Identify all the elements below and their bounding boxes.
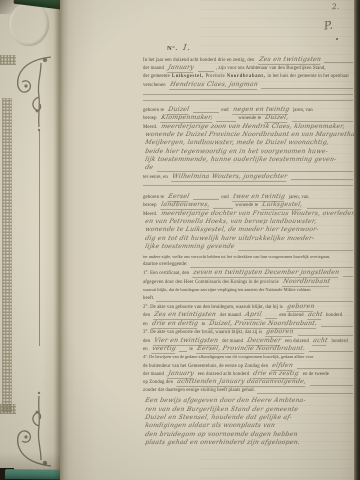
document-line: plaats gehad en onverhinderd zijn afgelo… [142,439,354,447]
handwriting-segment: meerderjarige dochter van Franciscus Wou… [160,210,354,218]
document-line: ter andere zijde, welke ons verzocht heb… [142,253,354,261]
handwriting-segment: den bruidegom op voornoemde dagen hebben [144,431,298,439]
printed-segment: daartoe overleggende: [142,261,189,269]
handwriting-segment: drie en dertig [151,320,199,329]
printed-segment: 4°. De bewijzen van de gedane afkondigin… [142,353,315,361]
printed-segment: oud [220,194,230,202]
floral-corner-ornament-icon [11,53,53,135]
document-text-column: N°.1.In het jaar een duizend acht honder… [142,43,354,448]
document-line: de [142,164,354,172]
border-inner-line [39,130,40,346]
rule-line [310,385,353,386]
document-line: beroeplandbouweres,wonende teLuiksgestel… [142,201,354,209]
rule-line [291,179,353,180]
printed-segment: der gemeente [142,73,171,81]
document-line: waaruit blijkt, dat de bruidegom aan zij… [142,286,354,294]
rule-line [143,185,353,186]
book-gutter-shadow [53,0,69,480]
document-line: der gemeenteLuiksgestel,ProvincieNoordbr… [142,73,354,81]
handwriting-segment: meerderjarige zoon van Hendrik Claes, kl… [160,123,346,131]
handwriting-segment: lijk toestemmende, hunne ouderlijke toes… [144,156,337,164]
document-line: 4°. De bewijzen van de gedane afkondigin… [142,353,354,361]
document-line: geboren teDuizeloudnegen en twintigjaren… [142,106,354,114]
document-line: lijk toestemmende, hunne ouderlijke toes… [142,156,354,164]
handwriting-segment: 1. [181,43,192,53]
left-page [0,0,60,474]
printed-segment: honderd [330,338,348,346]
document-line: der maandJanuary, zijn voor ons Ambtenaa… [142,64,354,72]
rule-line [324,62,353,63]
printed-segment: den [142,312,151,320]
document-line: beide hier tegenwoordig en in het voorge… [142,148,354,156]
handwriting-segment: acht [312,337,328,346]
printed-segment: honderd [325,312,343,320]
rule-line [216,121,236,122]
handwriting-segment: Meijbergen, landbouwster, mede te Duizel… [144,139,330,147]
handwriting-segment: Eersel, Provincie Noordbrabant. [196,345,306,354]
handwriting-segment: ren van den Burgerlijken Stand der gemee… [144,406,299,414]
document-line: Meerd.meerderjarige dochter van Francisc… [142,210,354,218]
printed-segment: in het huis der gemeente in het openbaar [266,73,350,81]
handwriting-segment: January [167,64,195,73]
document-line: den bruidegom op voornoemde dagen hebben [142,431,354,439]
page-number: 2. [332,2,340,11]
printed-segment: waaruit blijkt, dat de bruidegom aan zij… [142,286,312,294]
printed-segment: 1°. Een certificaat, den [142,270,190,278]
document-line: verschenenHendricus Claes, jongman [142,81,354,89]
document-line: kondigingen aldaar als woonplaats van [142,422,354,430]
document-line: afgegeven door den Heer Commissaris des … [142,278,354,286]
handwriting-segment: kondigingen aldaar als woonplaats van [144,422,276,430]
rule-line [343,276,353,277]
printed-segment: en [142,321,149,329]
document-line: N°.1. [142,43,354,53]
ink-dot [336,38,338,40]
rule-line [297,368,353,369]
handwriting-segment: Zes en twintigsten [258,56,322,65]
rule-line [193,112,219,113]
document-line: zonder dat daartegen eenige stuiting hee… [142,387,354,395]
handwriting-segment: lijke toestemming gevende [144,243,235,251]
rule-line [298,335,353,336]
rule-line [257,393,353,394]
printed-segment: zonder dat daartegen eenige stuiting hee… [142,387,256,395]
checkered-border-band [2,98,12,412]
document-line: denVier en twintigstender maandDecembere… [142,337,354,345]
rule-line [261,88,353,89]
document-line: Meijbergen, landbouwster, mede te Duizel… [142,139,354,147]
handwriting-segment: plaats gehad en onverhinderd zijn afgelo… [144,439,301,447]
document-line: lijke toestemming gevende [142,243,354,251]
document-line: de buitendeur van het Gemeentehuis, de e… [142,362,354,370]
document-line: wonende te Luiksgestel, de moeder hier t… [142,226,354,234]
rule-line [143,94,353,95]
handwriting-segment: veertig [151,345,177,354]
handwriting-segment: achttienden January daaraanvolgende, [176,378,307,387]
rule-line [307,208,353,209]
printed-segment: beroep [142,202,158,210]
rule-line [265,318,277,319]
rule-line [179,351,187,352]
printed-segment: N°. [166,44,179,54]
rule-line [321,326,353,327]
document-line: denZes en twintigstender maandAprileen d… [142,311,354,319]
rule-line [292,121,353,122]
printed-segment: Luiksgestel, [171,73,205,81]
printed-segment: Noordbrabant, [226,73,267,81]
handwriting-segment: dig en tot dit huwelijk hare uitdrukkeli… [144,235,315,243]
rule-line [157,171,353,172]
rule-line [198,71,214,72]
document-line: geboren teEerseloudtwee en twintigjaren,… [142,193,354,201]
document-line [142,96,354,102]
corner-shadow [0,0,26,14]
printed-segment: In het jaar een duizend acht honderd dri… [142,57,256,65]
printed-segment: de buitendeur van het Gemeentehuis, de e… [142,363,269,371]
registrar-paraph: P. [323,18,333,32]
document-line: Een bewijs afgegeven door den Heere Ambt… [142,397,354,405]
handwriting-segment: Duizel, Provincie Noordbrabant. [208,320,318,329]
printed-segment: den [142,338,151,346]
document-line: Meerd.meerderjarige zoon van Hendrik Cla… [142,123,354,131]
page-right-edge [354,0,360,480]
printed-segment: te [201,321,207,329]
document-line: 1°. Een certificaat, denzeven en twintig… [142,269,354,277]
printed-segment: der maand [142,371,165,379]
printed-segment: beroep [142,115,158,123]
document-line: heeft. [142,295,354,303]
printed-segment: jaren, van [292,107,314,115]
handwriting-segment: de [144,164,154,172]
printed-segment: ter andere zijde, welke ons verzocht heb… [142,253,331,261]
document-line: ter eenre, enWilhelmina Wouters, jongedo… [142,173,354,181]
printed-segment: oud [220,107,230,115]
printed-segment: Provincie [205,73,226,81]
handwriting-segment: wonende te Luiksgestel, de moeder hier t… [144,226,319,234]
printed-segment: verschenen [142,82,167,90]
document-line: endrie en dertigteDuizel, Provincie Noor… [142,320,354,328]
handwriting-segment: Noordbrabant [282,278,331,287]
rule-line [143,100,353,101]
rule-line [309,351,353,352]
handwriting-segment: Een bewijs afgegeven door den Heere Ambt… [144,397,306,405]
printed-segment: ter eenre, en [142,174,169,182]
rule-line [213,208,233,209]
rule-line [238,250,353,251]
document-line: op Zondag denachttienden January daaraan… [142,378,354,386]
handwriting-segment: beide hier tegenwoordig en in het voorge… [144,148,328,156]
handwriting-segment: Wilhelmina Wouters, jongedochter [171,173,288,182]
rule-line [156,301,353,302]
document-line: dig en tot dit huwelijk hare uitdrukkeli… [142,235,354,243]
printed-segment: heeft. [142,295,155,303]
document-line: ren van den Burgerlijken Stand der gemee… [142,406,354,414]
handwriting-segment: Hendricus Claes, jongman [169,81,259,90]
